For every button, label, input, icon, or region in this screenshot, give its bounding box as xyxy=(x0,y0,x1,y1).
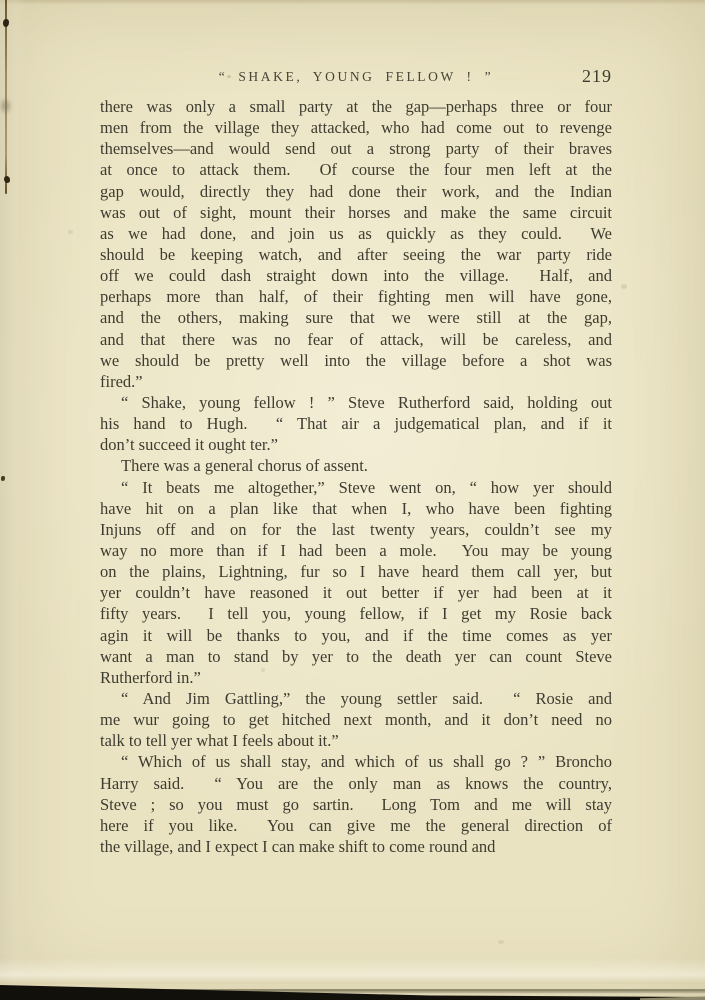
text-line: we should be pretty well into the villag… xyxy=(100,350,612,371)
page-number: 219 xyxy=(582,66,612,87)
text-line: Steve ; so you must go sartin. Long Tom … xyxy=(100,794,612,815)
text-line: at once to attack them. Of course the fo… xyxy=(100,159,612,180)
text-line: Harry said. “ You are the only man as kn… xyxy=(100,773,612,794)
text-line: on the plains, Lightning, fur so I have … xyxy=(100,561,612,582)
text-line: and the others, making sure that we were… xyxy=(100,307,612,328)
running-head: “ SHAKE, YOUNG FELLOW ! ” xyxy=(100,69,612,85)
page-bottom-edge xyxy=(0,982,705,1000)
book-page: “ SHAKE, YOUNG FELLOW ! ” 219 there was … xyxy=(0,0,705,1000)
text-line: “ Shake, young fellow ! ” Steve Rutherfo… xyxy=(100,392,612,413)
text-line: was out of sight, mount their horses and… xyxy=(100,202,612,223)
paper-speck xyxy=(621,284,627,289)
text-line: the village, and I expect I can make shi… xyxy=(100,836,612,857)
text-line: themselves—and would send out a strong p… xyxy=(100,138,612,159)
text-line: off we could dash straight down into the… xyxy=(100,265,612,286)
text-line: as we had done, and join us as quickly a… xyxy=(100,223,612,244)
paper-speck xyxy=(498,940,504,944)
text-line: There was a general chorus of assent. xyxy=(100,455,612,476)
page-header: “ SHAKE, YOUNG FELLOW ! ” 219 xyxy=(100,66,612,88)
page-text: there was only a small party at the gap—… xyxy=(100,96,612,857)
text-line: “ And Jim Gattling,” the young settler s… xyxy=(100,688,612,709)
text-line: talk to tell yer what I feels about it.” xyxy=(100,730,612,751)
text-line: fifty years. I tell you, young fellow, i… xyxy=(100,603,612,624)
text-line: “ It beats me altogether,” Steve went on… xyxy=(100,477,612,498)
text-line: “ Which of us shall stay, and which of u… xyxy=(100,751,612,772)
text-line: me wur going to get hitched next month, … xyxy=(100,709,612,730)
text-line: want a man to stand by yer to the death … xyxy=(100,646,612,667)
text-line: yer couldn’t have reasoned it out better… xyxy=(100,582,612,603)
binding-thread-blur xyxy=(1,100,10,112)
text-line: there was only a small party at the gap—… xyxy=(100,96,612,117)
text-line: men from the village they attacked, who … xyxy=(100,117,612,138)
binding-thread-knot xyxy=(4,176,10,183)
text-line: agin it will be thanks to you, and if th… xyxy=(100,625,612,646)
text-line: and that there was no fear of attack, wi… xyxy=(100,329,612,350)
text-line: gap would, directly they had done their … xyxy=(100,181,612,202)
text-line: way no more than if I had been a mole. Y… xyxy=(100,540,612,561)
binding-thread xyxy=(5,0,7,194)
page-curl-highlight xyxy=(0,958,705,984)
text-line: Injuns off and on for the last twenty ye… xyxy=(100,519,612,540)
text-line: should be keeping watch, and after seein… xyxy=(100,244,612,265)
paper-speck xyxy=(68,230,73,234)
text-line: his hand to Hugh. “ That air a judgemati… xyxy=(100,413,612,434)
text-line: Rutherford in.” xyxy=(100,667,612,688)
text-line: have hit on a plan like that when I, who… xyxy=(100,498,612,519)
text-line: fired.” xyxy=(100,371,612,392)
page-top-shadow xyxy=(0,0,705,5)
text-line: perhaps more than half, of their fightin… xyxy=(100,286,612,307)
text-line: here if you like. You can give me the ge… xyxy=(100,815,612,836)
text-line: don’t succeed it ought ter.” xyxy=(100,434,612,455)
